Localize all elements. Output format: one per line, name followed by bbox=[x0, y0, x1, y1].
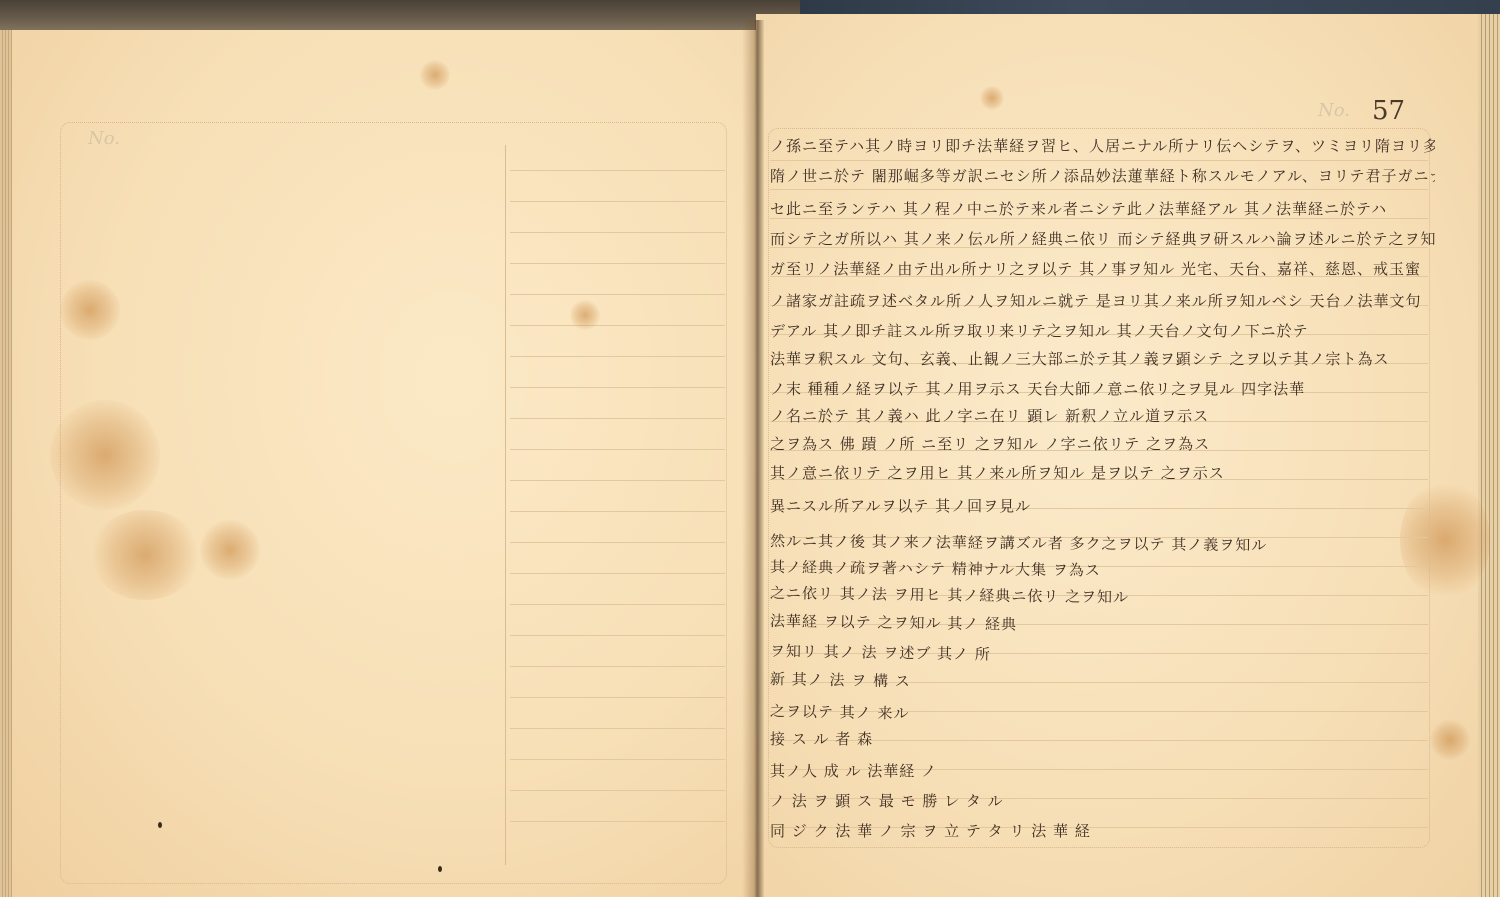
handwritten-line: 法華ヲ釈スル 文句、玄義、止観ノ三大部ニ於テ其ノ義ヲ顕シテ 之ヲ以テ其ノ宗ト為ス bbox=[770, 348, 1435, 369]
ruled-line bbox=[510, 263, 725, 264]
handwritten-line: ノ名ニ於テ 其ノ義ハ 此ノ字ニ在リ 顕レ 新釈ノ立ル道ヲ示ス bbox=[770, 405, 1435, 426]
foxing-stain bbox=[420, 60, 450, 90]
ruled-line bbox=[510, 697, 725, 698]
ruled-line bbox=[510, 635, 725, 636]
right-page-edges bbox=[1478, 14, 1500, 897]
ruled-line bbox=[510, 573, 725, 574]
foxing-stain bbox=[50, 400, 160, 510]
right-no-mark: No. bbox=[1318, 100, 1350, 121]
handwritten-line: 同 ジ ク 法 華 ノ 宗 ヲ 立 テ タ リ 法 華 経 bbox=[770, 820, 1435, 841]
foxing-stain bbox=[200, 520, 260, 580]
ruled-line bbox=[510, 511, 725, 512]
ruled-line bbox=[510, 325, 725, 326]
ruled-line bbox=[510, 759, 725, 760]
handwritten-line: ノ 法 ヲ 顕 ス 最 モ 勝 レ タ ル bbox=[770, 790, 1435, 811]
book-gutter bbox=[742, 20, 764, 897]
left-column-divider bbox=[505, 145, 506, 865]
ruled-line bbox=[510, 728, 725, 729]
ruled-line bbox=[510, 387, 725, 388]
handwritten-line: 之ヲ為ス 佛 蹟 ノ所 ニ至リ 之ヲ知ル ノ字ニ依リテ 之ヲ為ス bbox=[770, 433, 1435, 454]
ruled-line bbox=[510, 790, 725, 791]
handwritten-line: 接 ス ル 者 森 bbox=[770, 728, 1435, 749]
handwritten-line: ガ至リノ法華経ノ由テ出ル所ナリ之ヲ以テ 其ノ事ヲ知ル 光宅、天台、嘉祥、慈恩、戒… bbox=[770, 258, 1435, 279]
ruled-line bbox=[510, 604, 725, 605]
ruled-line bbox=[510, 542, 725, 543]
handwritten-line: セ此ニ至ランテハ 其ノ程ノ中ニ於テ来ル者ニシテ此ノ法華経アル 其ノ法華経ニ於テハ bbox=[770, 198, 1435, 219]
foxing-stain bbox=[570, 300, 600, 330]
handwritten-line: ノ末 種種ノ経ヲ以テ 其ノ用ヲ示ス 天台大師ノ意ニ依リ之ヲ見ル 四字法華 bbox=[770, 378, 1435, 399]
ruled-line bbox=[510, 821, 725, 822]
handwritten-line: ノ諸家ガ註疏ヲ述ベタル所ノ人ヲ知ルニ就テ 是ヨリ其ノ来ル所ヲ知ルベシ 天台ノ法華… bbox=[770, 290, 1435, 311]
ruled-line bbox=[510, 666, 725, 667]
ruled-line bbox=[510, 449, 725, 450]
left-page-edges bbox=[0, 30, 12, 897]
ruled-line bbox=[510, 480, 725, 481]
book-cloth-binding bbox=[800, 0, 1500, 14]
left-no-mark: No. bbox=[88, 128, 120, 149]
ruled-line bbox=[510, 201, 725, 202]
handwritten-line: ノ孫ニ至テハ其ノ時ヨリ即チ法華経ヲ習ヒ、人居ニナル所ナリ伝ヘシテヲ、ツミヨリ隋ヨ… bbox=[770, 135, 1435, 156]
ruled-line bbox=[510, 418, 725, 419]
left-page-frame bbox=[60, 122, 727, 884]
foxing-stain bbox=[90, 510, 200, 600]
handwritten-line: デアル 其ノ即チ註スル所ヲ取リ来リテ之ヲ知ル 其ノ天台ノ文句ノ下ニ於テ bbox=[770, 320, 1435, 341]
handwritten-line: 隋ノ世ニ於テ 闍那崛多等ガ訳ニセシ所ノ添品妙法蓮華経ト称スルモノアル、ヨリテ君子… bbox=[770, 165, 1435, 186]
handwritten-line: 其ノ意ニ依リテ 之ヲ用ヒ 其ノ来ル所ヲ知ル 是ヲ以テ 之ヲ示ス bbox=[770, 462, 1435, 483]
page-number: 57 bbox=[1372, 96, 1405, 126]
handwritten-line: 其ノ人 成 ル 法華経 ノ bbox=[770, 760, 1435, 781]
ruled-line bbox=[770, 160, 1428, 161]
ruled-line bbox=[510, 170, 725, 171]
foxing-stain bbox=[1430, 720, 1470, 760]
handwritten-line: 而シテ之ガ所以ハ 其ノ来ノ伝ル所ノ経典ニ依リ 而シテ経典ヲ研スルハ論ヲ述ルニ於テ… bbox=[770, 228, 1435, 249]
handwritten-line: 異ニスル所アルヲ以テ 其ノ回ヲ見ル bbox=[770, 495, 1435, 516]
ruled-line bbox=[510, 232, 725, 233]
ink-speck bbox=[438, 866, 442, 872]
ruled-line bbox=[510, 356, 725, 357]
foxing-stain bbox=[980, 86, 1004, 110]
ink-speck bbox=[158, 822, 162, 828]
foxing-stain bbox=[60, 280, 120, 340]
ruled-line bbox=[510, 294, 725, 295]
ruled-line bbox=[770, 189, 1428, 190]
